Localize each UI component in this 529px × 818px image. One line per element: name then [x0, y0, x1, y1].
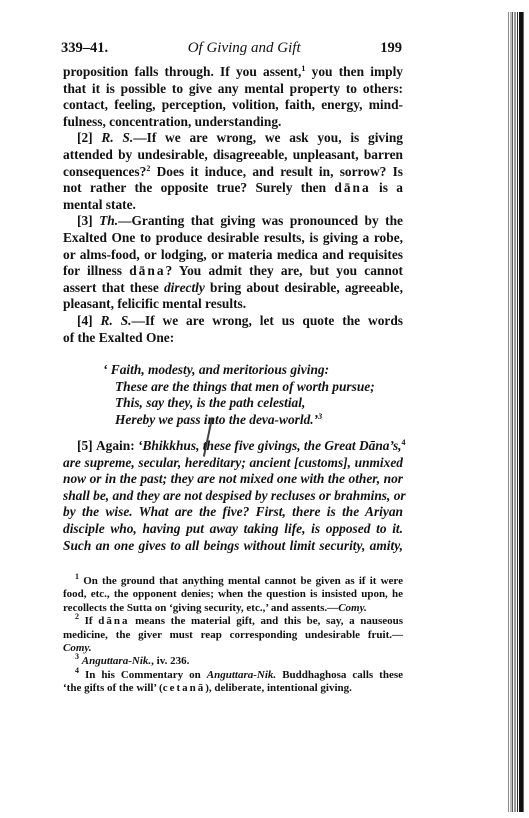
- text-line: disciple who, having put away taking lif…: [63, 521, 403, 538]
- running-title: Of Giving and Gift: [188, 40, 301, 57]
- text-line: are supreme, secular, hereditary; ancien…: [63, 455, 403, 472]
- paragraph-3-line: [3] Th.—Granting that giving was pronoun…: [63, 213, 403, 230]
- footnote-2: 2 If dāna means the material gift, and t…: [63, 615, 403, 628]
- text-line: not rather the opposite true? Surely the…: [63, 180, 403, 197]
- text-line: proposition falls through. If you assent…: [63, 64, 403, 81]
- paragraph-4-line: [4] R. S.—If we are wrong, let us quote …: [63, 313, 403, 330]
- verse-quotation: ‘ Faith, modesty, and meritorious giving…: [103, 362, 375, 428]
- text-line: mental state.: [63, 197, 403, 214]
- text-line: Exalted One to produce desirable results…: [63, 230, 403, 247]
- footnote-1: 1 On the ground that anything mental can…: [63, 575, 403, 588]
- text-line: fulness, concentration, understanding.: [63, 114, 403, 131]
- section-range: 339–41.: [61, 40, 108, 57]
- text-line: that it is possible to give any mental p…: [63, 81, 403, 98]
- text-line: Such an one gives to all beings without …: [63, 538, 403, 555]
- footnotes: 1 On the ground that anything mental can…: [63, 575, 403, 696]
- text-line: Comy.: [63, 642, 403, 655]
- verse-line: These are the things that men of worth p…: [103, 379, 375, 396]
- text-line: attended by undesirable, disagreeable, u…: [63, 147, 403, 164]
- text-line: or alms-food, or lodging, or materia med…: [63, 247, 403, 264]
- running-header: 339–41. Of Giving and Gift 199: [61, 40, 402, 58]
- text-line: consequences?2 Does it induce, and resul…: [63, 164, 403, 181]
- verse-line: Hereby we pass into the deva-world.’3: [103, 412, 375, 429]
- paragraph-5-line: [5] Again: ‘Bhikkhus, these five givings…: [63, 438, 403, 455]
- text-line: medicine, the giver must reap correspond…: [63, 629, 403, 642]
- scanned-book-page: 339–41. Of Giving and Gift 199 propositi…: [0, 0, 529, 818]
- text-line: ‘the gifts of the will’ (cetanā), delibe…: [63, 682, 403, 695]
- text-line: recollects the Sutta on ‘giving security…: [63, 602, 403, 615]
- text-line: now or in the past; they are not mixed o…: [63, 471, 403, 488]
- text-line: contact, feeling, perception, volition, …: [63, 97, 403, 114]
- page-number: 199: [380, 40, 402, 57]
- verse-line: ‘ Faith, modesty, and meritorious giving…: [103, 362, 375, 379]
- text-line: food, etc., the opponent denies; when th…: [63, 588, 403, 601]
- footnote-3: 3 Anguttara-Nik., iv. 236.: [63, 655, 403, 668]
- text-line: by the wise. What are the five? First, t…: [63, 504, 403, 521]
- paragraph-2-line: [2] R. S.—If we are wrong, we ask you, i…: [63, 130, 403, 147]
- text-line: assert that these directly bring about d…: [63, 280, 403, 297]
- text-line: shall be, and they are not despised by r…: [63, 488, 403, 505]
- verse-line: This, say they, is the path celestial,: [103, 395, 375, 412]
- body-text: proposition falls through. If you assent…: [63, 64, 403, 346]
- footnote-4: 4 In his Commentary on Anguttara-Nik. Bu…: [63, 669, 403, 682]
- text-line: pleasant, felicific mental results.: [63, 296, 403, 313]
- text-line: of the Exalted One:: [63, 330, 403, 347]
- paragraph-5: [5] Again: ‘Bhikkhus, these five givings…: [63, 438, 403, 554]
- text-line: for illness dāna? You admit they are, bu…: [63, 263, 403, 280]
